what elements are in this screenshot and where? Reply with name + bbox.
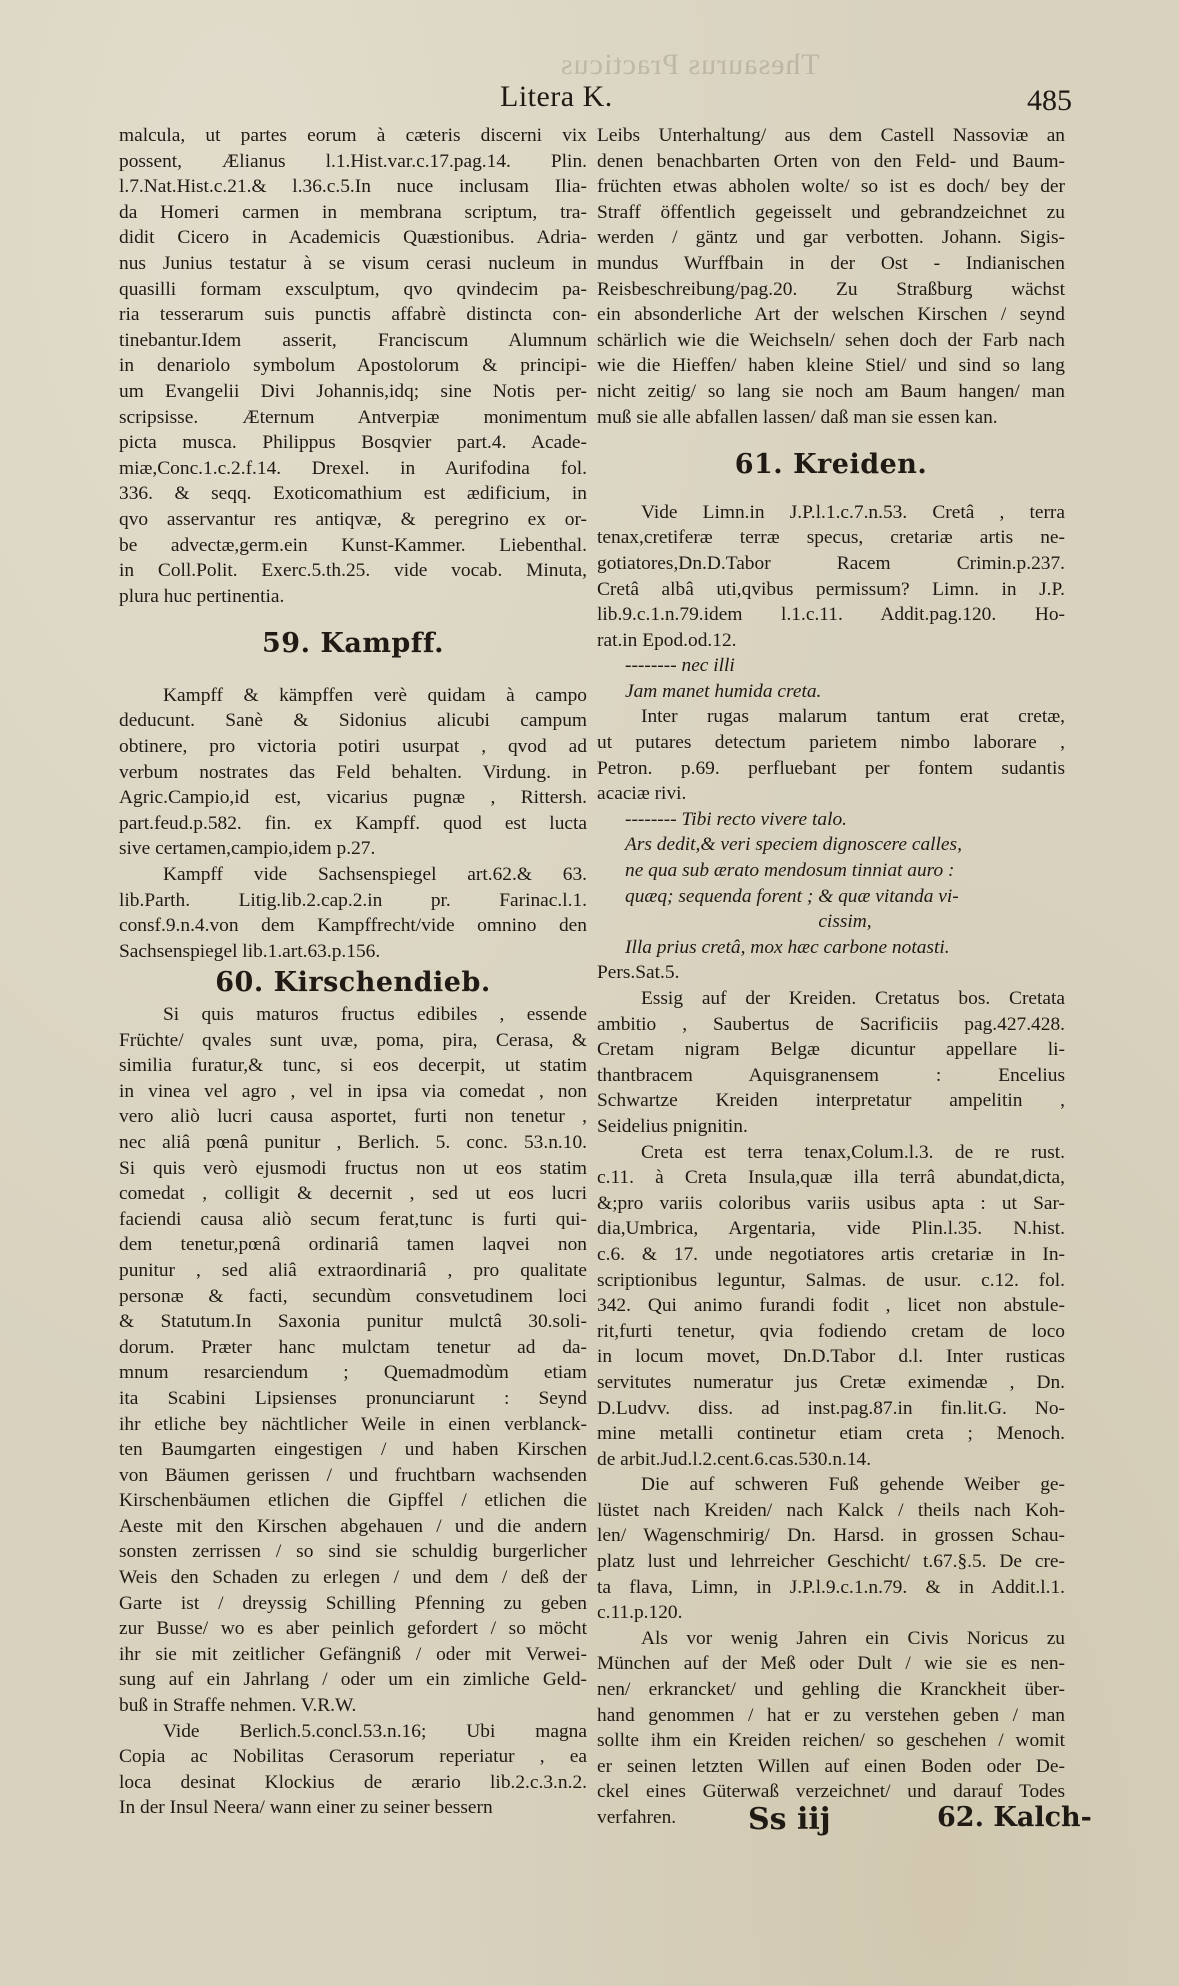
text-line: dia,Umbrica, Argentaria, vide Plin.l.35.… <box>597 1216 1065 1242</box>
text-line: & Statutum.In Saxonia punitur mulctâ 30.… <box>119 1309 587 1335</box>
text-line: thantbracem Aquisgranensem : Encelius <box>597 1063 1065 1089</box>
text-line: rat.in Epod.od.12. <box>597 628 1065 654</box>
signature-mark: Ss iij <box>748 1802 831 1837</box>
text-line: Essig auf der Kreiden. Cretatus bos. Cre… <box>597 986 1065 1012</box>
text-line: de arbit.Jud.l.2.cent.6.cas.530.n.14. <box>597 1447 1065 1473</box>
page-number: 485 <box>1027 84 1072 118</box>
text-line: gotiatores,Dn.D.Tabor Racem Crimin.p.237… <box>597 551 1065 577</box>
text-line: früchten etwas abholen wolte/ so ist es … <box>597 174 1065 200</box>
text-line: Agric.Campio,id est, vicarius pugnæ , Ri… <box>119 785 587 811</box>
text-line: ta flava, Limn, in J.P.l.9.c.1.n.79. & i… <box>597 1575 1065 1601</box>
verse-line: -------- nec illi <box>597 653 1065 679</box>
text-line: Cretâ albâ uti,qvibus permissum? Limn. i… <box>597 577 1065 603</box>
text-line: Vide Limn.in J.P.l.1.c.7.n.53. Cretâ , t… <box>597 500 1065 526</box>
text-line: malcula, ut partes eorum à cæteris disce… <box>119 123 587 149</box>
text-line: ihr sie mit zeitlicher Gefängniß / oder … <box>119 1642 587 1668</box>
text-line: be advectæ,germ.ein Kunst-Kammer. Lieben… <box>119 533 587 559</box>
text-line: lüstet nach Kreiden/ nach Kalck / theils… <box>597 1498 1065 1524</box>
text-line: in locum movet, Dn.D.Tabor d.l. Inter ru… <box>597 1344 1065 1370</box>
text-line: Die auf schweren Fuß gehende Weiber ge- <box>597 1472 1065 1498</box>
text-line: rit,furti tenetur, qvia fodiendo cretam … <box>597 1319 1065 1345</box>
text-line: servitutes numeratur jus Cretæ eximendæ … <box>597 1370 1065 1396</box>
text-line: scriptionibus leguntur, Salmas. de usur.… <box>597 1268 1065 1294</box>
text-line: dem tenetur,pœnâ ordinariâ tamen laqvei … <box>119 1232 587 1258</box>
text-line: ein absonderliche Art der welschen Kirsc… <box>597 302 1065 328</box>
text-line: wie die Hieffen/ haben kleine Stiel/ und… <box>597 353 1065 379</box>
text-line: comedat , colligit & decernit , sed ut e… <box>119 1181 587 1207</box>
text-line: in denariolo symbolum Apostolorum & prin… <box>119 353 587 379</box>
text-line: Leibs Unterhaltung/ aus dem Castell Nass… <box>597 123 1065 149</box>
running-head: Litera K. <box>500 80 613 114</box>
text-line: ten Baumgarten eingestigen / und haben K… <box>119 1437 587 1463</box>
text-line: c.6. & 17. unde negotiatores artis creta… <box>597 1242 1065 1268</box>
text-line: punitur , sed aliâ extraordinariâ , pro … <box>119 1258 587 1284</box>
text-line: ria tesserarum suis punctis affabrè dist… <box>119 302 587 328</box>
text-line: Schwartze Kreiden interpretatur ampeliti… <box>597 1088 1065 1114</box>
verse-line: -------- Tibi recto vivere talo. <box>597 807 1065 833</box>
text-line: tinebantur.Idem asserit, Franciscum Alum… <box>119 328 587 354</box>
catchword: 62. Kalch- <box>937 1802 1092 1833</box>
text-line: Straff öffentlich gegeisselt und gebrand… <box>597 200 1065 226</box>
text-line: deducunt. Sanè & Sidonius alicubi campum <box>119 708 587 734</box>
text-line: len/ Wagenschmirig/ Dn. Harsd. in grosse… <box>597 1523 1065 1549</box>
text-line: l.7.Nat.Hist.c.21.& l.36.c.5.In nuce inc… <box>119 174 587 200</box>
text-line: didit Cicero in Academicis Quæstionibus.… <box>119 225 587 251</box>
text-line: um Evangelii Divi Johannis,idq; sine Not… <box>119 379 587 405</box>
text-line: Kampff & kämpffen verè quidam à campo <box>119 683 587 709</box>
text-line: München auf der Meß oder Dult / wie sie … <box>597 1651 1065 1677</box>
text-line: picta musca. Philippus Bosqvier part.4. … <box>119 430 587 456</box>
text-line: platz lust und lehrreicher Geschicht/ t.… <box>597 1549 1065 1575</box>
text-line: part.feud.p.582. fin. ex Kampff. quod es… <box>119 811 587 837</box>
text-line: acaciæ rivi. <box>597 781 1065 807</box>
text-line: 336. & seqq. Exoticomathium est ædificiu… <box>119 481 587 507</box>
verse-source: Pers.Sat.5. <box>597 960 1065 986</box>
verse-line: Ars dedit,& veri speciem dignoscere call… <box>597 832 1065 858</box>
text-line: sive certamen,campio,idem p.27. <box>119 836 587 862</box>
text-line: nen/ erkrancket/ und gehling die Kranckh… <box>597 1677 1065 1703</box>
text-line: lib.Parth. Litig.lib.2.cap.2.in pr. Fari… <box>119 888 587 914</box>
text-line: ita Scabini Lipsienses pronunciarunt : S… <box>119 1386 587 1412</box>
text-line: qvo asservantur res antiqvæ, & peregrino… <box>119 507 587 533</box>
text-line: ambitio , Saubertus de Sacrificiis pag.4… <box>597 1012 1065 1038</box>
text-line: D.Ludvv. diss. ad inst.pag.87.in fin.lit… <box>597 1396 1065 1422</box>
verse-line: ne qua sub ærato mendosum tinniat auro : <box>597 858 1065 884</box>
text-line: zur Busse/ wo es aber peinlich gefordert… <box>119 1616 587 1642</box>
verse-line: cissim, <box>597 909 1065 935</box>
text-line: Kampff vide Sachsenspiegel art.62.& 63. <box>119 862 587 888</box>
text-line: 342. Qui animo furandi fodit , licet non… <box>597 1293 1065 1319</box>
text-line: Seidelius pnignitin. <box>597 1114 1065 1140</box>
text-line: mnum resarciendum ; Quemadmodùm etiam <box>119 1360 587 1386</box>
text-line: Cretam nigram Belgæ dicuntur appellare l… <box>597 1037 1065 1063</box>
text-line: ut putares detectum parietem nimbo labor… <box>597 730 1065 756</box>
text-line: Creta est terra tenax,Colum.l.3. de re r… <box>597 1140 1065 1166</box>
text-line: mundus Wurffbain in der Ost - Indianisch… <box>597 251 1065 277</box>
text-line: Si quis maturos fructus edibiles , essen… <box>119 1002 587 1028</box>
text-line: &;pro variis coloribus variis usibus apt… <box>597 1191 1065 1217</box>
text-line: muß sie alle abfallen lassen/ daß man si… <box>597 405 1065 431</box>
text-line: In der Insul Neera/ wann einer zu seiner… <box>119 1795 587 1821</box>
text-line: in vinea vel agro , vel in ipsa via come… <box>119 1079 587 1105</box>
text-line: hand genommen / hat er zu verstehen gebe… <box>597 1703 1065 1729</box>
text-line: personæ & facti, secundùm consvetudinem … <box>119 1284 587 1310</box>
section-heading: 59. Kampff. <box>119 631 587 657</box>
text-line: miæ,Conc.1.c.2.f.14. Drexel. in Aurifodi… <box>119 456 587 482</box>
text-line: sollte ihm ein Kreiden reichen/ so gesch… <box>597 1728 1065 1754</box>
text-line: sung auf ein Jahrlang / oder um ein ziml… <box>119 1667 587 1693</box>
text-line: vero aliò lucri causa asportet, furti no… <box>119 1104 587 1130</box>
text-line: Petron. p.69. perfluebant per fontem sud… <box>597 756 1065 782</box>
text-line: Kirschenbäumen etlichen die Gipffel / et… <box>119 1488 587 1514</box>
text-line: loca desinat Klockius de ærario lib.2.c.… <box>119 1770 587 1796</box>
text-line: Früchte/ qvales sunt uvæ, poma, pira, Ce… <box>119 1028 587 1054</box>
text-line: Weis den Schaden zu erlegen / und dem / … <box>119 1565 587 1591</box>
text-line: nicht zeitig/ so lang sie noch am Baum h… <box>597 379 1065 405</box>
text-line: Garte ist / dreyssig Schilling Pfenning … <box>119 1591 587 1617</box>
text-line: Si quis verò ejusmodi fructus non ut eos… <box>119 1156 587 1182</box>
text-line: possent, Ælianus l.1.Hist.var.c.17.pag.1… <box>119 149 587 175</box>
text-line: nus Junius testatur à se visum cerasi nu… <box>119 251 587 277</box>
text-line: Reisbeschreibung/pag.20. Zu Straßburg wä… <box>597 277 1065 303</box>
text-line: Als vor wenig Jahren ein Civis Noricus z… <box>597 1626 1065 1652</box>
text-line: Copia ac Nobilitas Cerasorum reperiatur … <box>119 1744 587 1770</box>
text-line: quasilli formam exsculptum, qvo qvindeci… <box>119 277 587 303</box>
text-line: nec aliâ pœnâ punitur , Berlich. 5. conc… <box>119 1130 587 1156</box>
text-line: ihr etliche bey nächtlicher Weile in ein… <box>119 1412 587 1438</box>
right-column: Leibs Unterhaltung/ aus dem Castell Nass… <box>597 123 1065 1831</box>
text-line: plura huc pertinentia. <box>119 584 587 610</box>
text-line: dorum. Præter hanc mulctam tenetur ad da… <box>119 1335 587 1361</box>
text-line: c.11.p.120. <box>597 1600 1065 1626</box>
section-heading: 60. Kirschendieb. <box>119 970 587 996</box>
text-line: similia furatur,& tunc, si eos decerpit,… <box>119 1053 587 1079</box>
text-line: werden / gäntz und gar verbotten. Johann… <box>597 225 1065 251</box>
text-line: faciendi causa aliò secum ferat,tunc is … <box>119 1207 587 1233</box>
verse-line: Jam manet humida creta. <box>597 679 1065 705</box>
text-line: verbum nostrates das Feld behalten. Vird… <box>119 760 587 786</box>
section-heading: 61. Kreiden. <box>597 452 1065 478</box>
text-line: Inter rugas malarum tantum erat cretæ, <box>597 704 1065 730</box>
text-line: obtinere, pro victoria potiri usurpat , … <box>119 734 587 760</box>
text-line: lib.9.c.1.n.79.idem l.1.c.11. Addit.pag.… <box>597 602 1065 628</box>
text-line: tenax,cretiferæ terræ specus, cretariæ a… <box>597 525 1065 551</box>
book-page: Thesaurus Practicus Litera K. 485 malcul… <box>0 0 1179 1986</box>
text-line: c.11. à Creta Insula,quæ illa terrâ abun… <box>597 1165 1065 1191</box>
text-line: da Homeri carmen in membrana scriptum, t… <box>119 200 587 226</box>
left-column: malcula, ut partes eorum à cæteris disce… <box>119 123 587 1821</box>
text-line: von Bäumen gerissen / und fruchtbarn wac… <box>119 1463 587 1489</box>
show-through-text: Thesaurus Practicus <box>560 48 820 82</box>
text-line: consf.9.n.4.von dem Kampffrecht/vide omn… <box>119 913 587 939</box>
text-line: mine metalli continetur etiam creta ; Me… <box>597 1421 1065 1447</box>
text-line: Sachsenspiegel lib.1.art.63.p.156. <box>119 939 587 965</box>
text-line: Vide Berlich.5.concl.53.n.16; Ubi magna <box>119 1719 587 1745</box>
text-line: buß in Straffe nehmen. V.R.W. <box>119 1693 587 1719</box>
text-line: schärlich wie die Weichseln/ sehen doch … <box>597 328 1065 354</box>
text-line: scripsisse. Æternum Antverpiæ monimentum <box>119 405 587 431</box>
verse-line: quæq; sequenda forent ; & quæ vitanda vi… <box>597 884 1065 910</box>
text-line: sonsten zerrissen / so sind sie schuldig… <box>119 1539 587 1565</box>
text-line: er seinen letzten Willen auf einen Boden… <box>597 1754 1065 1780</box>
text-line: in Coll.Polit. Exerc.5.th.25. vide vocab… <box>119 558 587 584</box>
text-line: denen benachbarten Orten von den Feld- u… <box>597 149 1065 175</box>
text-line: Aeste mit den Kirschen abgehauen / und d… <box>119 1514 587 1540</box>
verse-line: Illa prius cretâ, mox hæc carbone notast… <box>597 935 1065 961</box>
